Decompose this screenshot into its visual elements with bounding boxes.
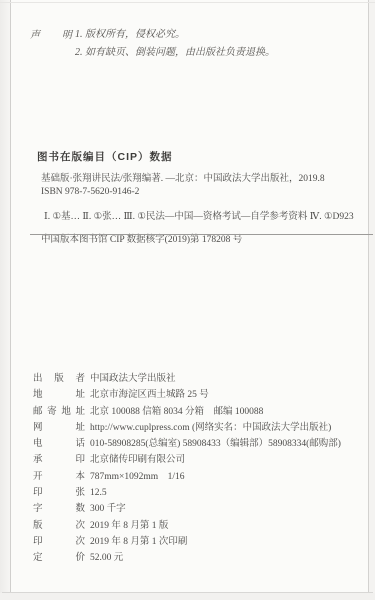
book-copyright-page: 声明 1. 版权所有，侵权必究。 2. 如有缺页、倒装问题，由出版社负责退换。 … [0, 0, 375, 600]
colophon-label: 印张 [33, 484, 85, 498]
cip-description: 基础版·张翔讲民法/张翔编著. —北京：中国政法大学出版社，2019.8 [41, 173, 363, 186]
colophon-label: 地址 [33, 386, 85, 400]
colophon-value: 2019 年 8 月第 1 版 [90, 517, 365, 531]
cip-isbn: ISBN 978-7-5620-9146-2 [41, 186, 363, 199]
colophon-label: 定价 [33, 549, 85, 563]
page-edge-bottom-strip [0, 593, 375, 600]
declaration-item: 2. 如有缺页、倒装问题，由出版社负责退换。 [75, 44, 355, 62]
declaration-label: 声明 [30, 26, 72, 62]
colophon-row-telephone: 电话 010-58908285(总编室) 58908433（编辑部）589083… [33, 435, 365, 451]
cip-classification: Ⅰ. ①基… Ⅱ. ①张… Ⅲ. ①民法—中国—资格考试—自学参考资料 Ⅳ. ①… [44, 208, 363, 222]
page-edge-top-line [0, 2, 375, 3]
colophon-label: 版次 [33, 517, 85, 531]
colophon-row-printer: 承印 北京储传印刷有限公司 [33, 451, 365, 467]
colophon-value: 北京储传印刷有限公司 [90, 451, 365, 465]
colophon-value: 787mm×1092mm 1/16 [90, 468, 365, 482]
cip-heading: 图书在版编目（CIP）数据 [37, 149, 363, 164]
colophon-value: 北京市海淀区西土城路 25 号 [90, 386, 365, 400]
colophon-label: 印次 [33, 533, 85, 547]
colophon-label: 字数 [33, 500, 85, 514]
colophon-label: 邮寄地址 [33, 403, 85, 417]
colophon-label: 承印 [33, 451, 85, 465]
colophon-value: 2019 年 8 月第 1 次印刷 [90, 533, 365, 547]
declaration-items: 1. 版权所有，侵权必究。 2. 如有缺页、倒装问题，由出版社负责退换。 [75, 26, 355, 62]
declaration-section: 声明 1. 版权所有，侵权必究。 2. 如有缺页、倒装问题，由出版社负责退换。 [30, 26, 355, 62]
colophon-value: 010-58908285(总编室) 58908433（编辑部）58908334(… [90, 435, 365, 449]
colophon-label: 电话 [33, 435, 85, 449]
page-edge-left-strip [0, 0, 10, 600]
colophon-row-sheets: 印张 12.5 [33, 484, 365, 500]
colophon-value: 52.00 元 [90, 549, 365, 563]
colophon-row-address: 地址 北京市海淀区西土城路 25 号 [33, 386, 365, 402]
colophon-row-publisher: 出版者 中国政法大学出版社 [33, 370, 365, 386]
page-edge-left-line [10, 0, 11, 600]
colophon-row-price: 定价 52.00 元 [33, 549, 365, 565]
colophon-value: 北京 100088 信箱 8034 分箱 邮编 100088 [90, 403, 365, 417]
colophon-table: 出版者 中国政法大学出版社 地址 北京市海淀区西土城路 25 号 邮寄地址 北京… [33, 370, 365, 566]
colophon-label: 出版者 [33, 370, 85, 384]
page-edge-right-line [368, 0, 369, 600]
colophon-row-printing: 印次 2019 年 8 月第 1 次印刷 [33, 533, 365, 549]
colophon-value: 12.5 [90, 488, 365, 498]
colophon-value: http://www.cuplpress.com (网络实名：中国政法大学出版社… [90, 419, 365, 433]
colophon-row-word-count: 字数 300 千字 [33, 500, 365, 516]
page-edge-right-strip [369, 0, 375, 600]
cip-section: 图书在版编目（CIP）数据 基础版·张翔讲民法/张翔编著. —北京：中国政法大学… [37, 149, 363, 245]
section-divider-rule [30, 234, 373, 235]
colophon-value: 中国政法大学出版社 [90, 370, 365, 384]
colophon-row-website: 网址 http://www.cuplpress.com (网络实名：中国政法大学… [33, 419, 365, 435]
colophon-label: 开本 [33, 468, 85, 482]
colophon-row-format: 开本 787mm×1092mm 1/16 [33, 468, 365, 484]
colophon-label: 网址 [33, 419, 85, 433]
declaration-item: 1. 版权所有，侵权必究。 [75, 26, 355, 44]
cip-description-block: 基础版·张翔讲民法/张翔编著. —北京：中国政法大学出版社，2019.8 ISB… [41, 173, 363, 199]
colophon-row-edition: 版次 2019 年 8 月第 1 版 [33, 517, 365, 533]
colophon-value: 300 千字 [90, 500, 365, 514]
colophon-row-mailing-address: 邮寄地址 北京 100088 信箱 8034 分箱 邮编 100088 [33, 403, 365, 419]
